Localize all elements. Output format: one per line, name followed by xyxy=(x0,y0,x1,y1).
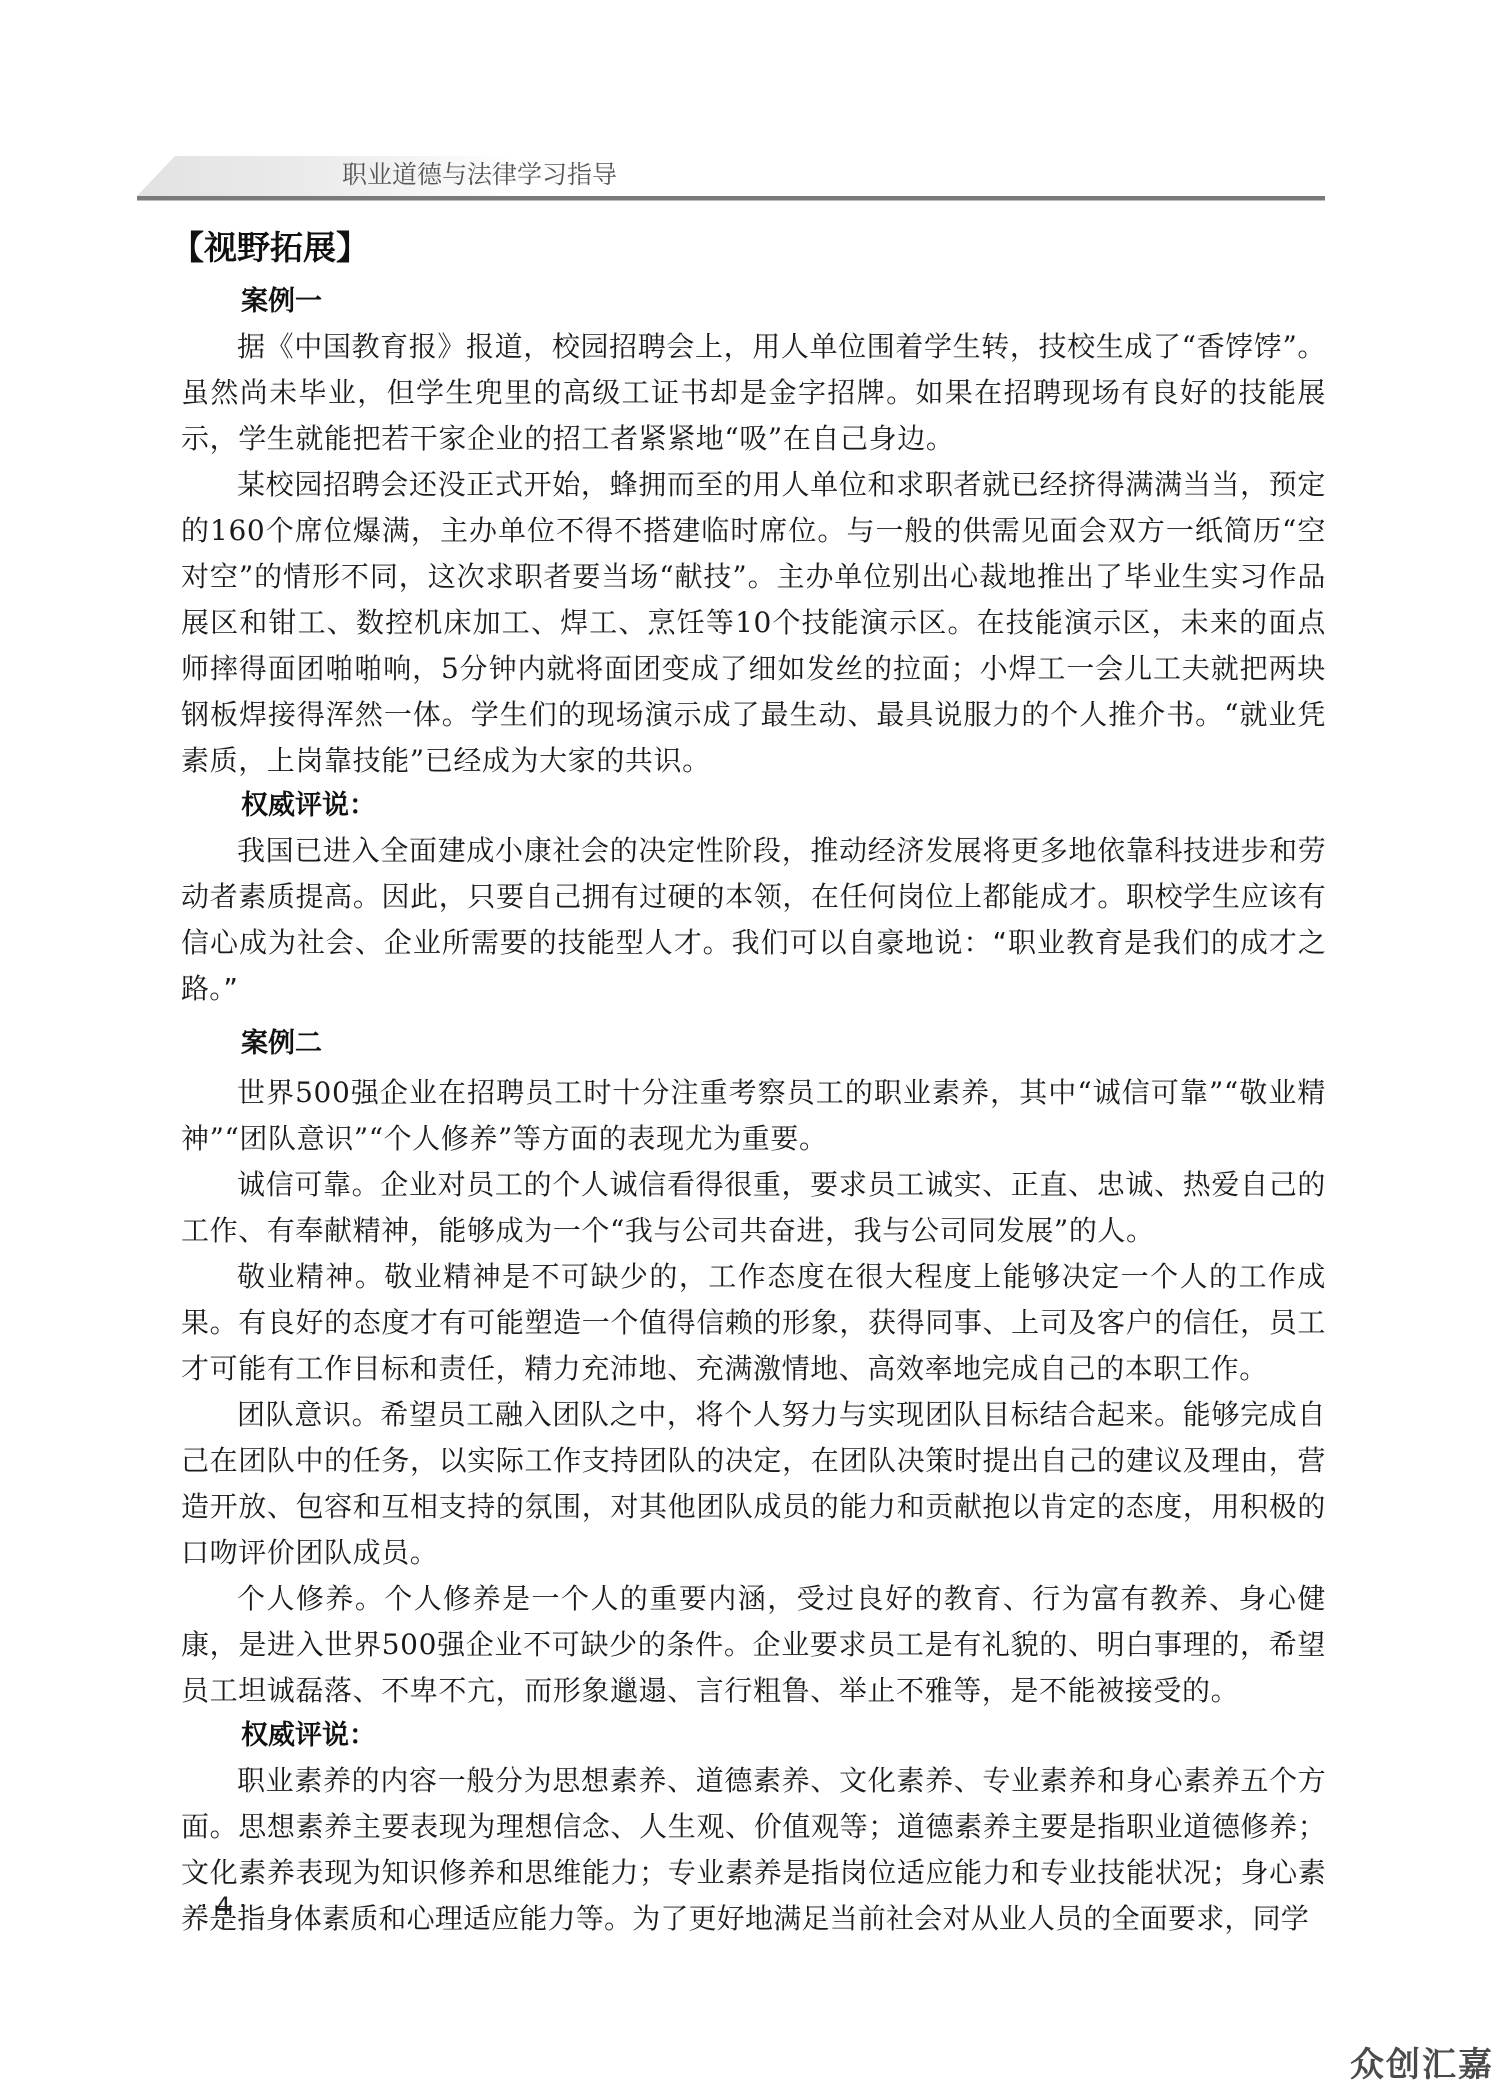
case-paragraph: 据《中国教育报》报道，校园招聘会上，用人单位围着学生转，技校生成了“香饽饽”。虽… xyxy=(181,324,1326,462)
watermark-logo: 众创汇嘉 xyxy=(1350,2037,1494,2086)
commentary-title: 权威评说： xyxy=(241,1714,1326,1758)
case-paragraph: 诚信可靠。企业对员工的个人诚信看得很重，要求员工诚实、正直、忠诚、热爱自己的工作… xyxy=(181,1162,1326,1254)
commentary-title: 权威评说： xyxy=(241,784,1326,828)
page-number: ·4· xyxy=(200,1892,255,1920)
header-rule-divider xyxy=(137,196,1325,201)
case-title: 案例一 xyxy=(241,280,1326,324)
case-paragraph: 世界500强企业在招聘员工时十分注重考察员工的职业素养，其中“诚信可靠”“敬业精… xyxy=(181,1070,1326,1162)
running-header: 职业道德与法律学习指导 xyxy=(137,152,1325,202)
case-paragraph: 个人修养。个人修养是一个人的重要内涵，受过良好的教育、行为富有教养、身心健康，是… xyxy=(181,1576,1326,1714)
case-paragraph: 敬业精神。敬业精神是不可缺少的，工作态度在很大程度上能够决定一个人的工作成果。有… xyxy=(181,1254,1326,1392)
case-paragraph: 团队意识。希望员工融入团队之中，将个人努力与实现团队目标结合起来。能够完成自己在… xyxy=(181,1392,1326,1576)
case-one: 案例一 据《中国教育报》报道，校园招聘会上，用人单位围着学生转，技校生成了“香饽… xyxy=(181,280,1326,1012)
page-content: 【视野拓展】 案例一 据《中国教育报》报道，校园招聘会上，用人单位围着学生转，技… xyxy=(181,222,1326,1942)
section-title: 【视野拓展】 xyxy=(171,222,1326,280)
case-paragraph: 某校园招聘会还没正式开始，蜂拥而至的用人单位和求职者就已经挤得满满当当，预定的1… xyxy=(181,462,1326,784)
case-two: 案例二 世界500强企业在招聘员工时十分注重考察员工的职业素养，其中“诚信可靠”… xyxy=(181,1022,1326,1942)
commentary-paragraph: 我国已进入全面建成小康社会的决定性阶段，推动经济发展将更多地依靠科技进步和劳动者… xyxy=(181,828,1326,1012)
case-title: 案例二 xyxy=(241,1022,1326,1066)
commentary-paragraph: 职业素养的内容一般分为思想素养、道德素养、文化素养、专业素养和身心素养五个方面。… xyxy=(181,1758,1326,1942)
book-title: 职业道德与法律学习指导 xyxy=(342,158,617,192)
